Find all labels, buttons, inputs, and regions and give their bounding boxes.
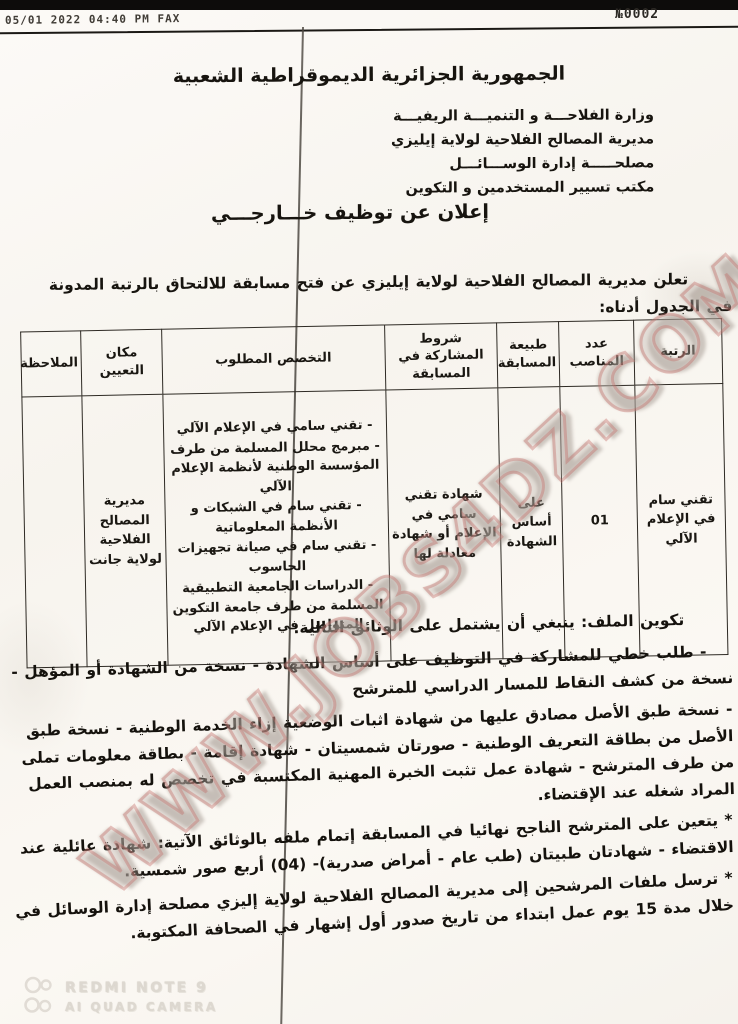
- camera-watermark: REDMI NOTE 9 AI QUAD CAMERA: [22, 975, 218, 1017]
- specialty-item: - مبرمج محلل المسلمة من طرف المؤسسة الوط…: [167, 436, 384, 499]
- republic-title: الجمهورية الجزائرية الديموقراطية الشعبية: [0, 61, 738, 88]
- header-conditions: شروط المشاركة في المسابقة: [384, 323, 498, 390]
- announcement-title: إعلان عن توظيف خـــارجـــي: [0, 199, 700, 227]
- specialty-list: - تقني سامي في الإعلام الآلي - مبرمج محل…: [166, 416, 386, 639]
- header-location: مكان التعيين: [81, 329, 163, 396]
- scanned-fax-page: 05/01 2022 04:40 PM FAX №0002 الجمهورية …: [0, 0, 738, 1024]
- fax-page-number: №0002: [615, 7, 659, 22]
- org-line-office: مكتب تسيير المستخدمين و التكوين: [391, 175, 654, 200]
- header-positions: عدد المناصب: [559, 320, 635, 386]
- intro-paragraph: تعلن مديرية المصالح الفلاحية لولاية إيلي…: [44, 266, 732, 326]
- paragraph-certified-copies: - نسخة طبق الأصل مصادق عليها من شهادة اث…: [6, 696, 735, 825]
- file-requirements-section: تكوين الملف: ينبغي أن يشتمل على الوثائق …: [6, 606, 732, 923]
- org-line-directorate: مديرية المصالح الفلاحية لولاية إيليزي: [391, 127, 654, 152]
- camera-feature-label: AI QUAD CAMERA: [65, 1000, 218, 1014]
- specialty-item: - تقني سام في الشبكات و الأنظمة المعلوما…: [168, 496, 385, 539]
- org-line-ministry: وزارة الفلاحـــة و التنميـــة الريفيـــة: [391, 103, 654, 128]
- fax-timestamp: 05/01 2022 04:40 PM FAX: [5, 12, 180, 27]
- header-nature: طبيعة المسابقة: [497, 322, 561, 388]
- specialty-item: - تقني سامي في الإعلام الآلي: [166, 416, 382, 440]
- camera-model-label: REDMI NOTE 9: [65, 980, 218, 996]
- header-rank: الرتبة: [633, 319, 723, 386]
- specialty-item: - تقني سام في صيانة تجهيزات الحاسوب: [169, 536, 386, 579]
- header-specialty: التخصص المطلوب: [161, 325, 385, 394]
- quad-camera-icon: [22, 975, 56, 1017]
- fax-header-rule: [0, 26, 738, 35]
- header-note: الملاحظة: [21, 331, 83, 397]
- organization-block: وزارة الفلاحـــة و التنميـــة الريفيـــة…: [391, 103, 655, 200]
- camera-watermark-text: REDMI NOTE 9 AI QUAD CAMERA: [65, 975, 218, 1014]
- org-line-service: مصلحـــــة إدارة الوســـائـــل: [391, 151, 654, 176]
